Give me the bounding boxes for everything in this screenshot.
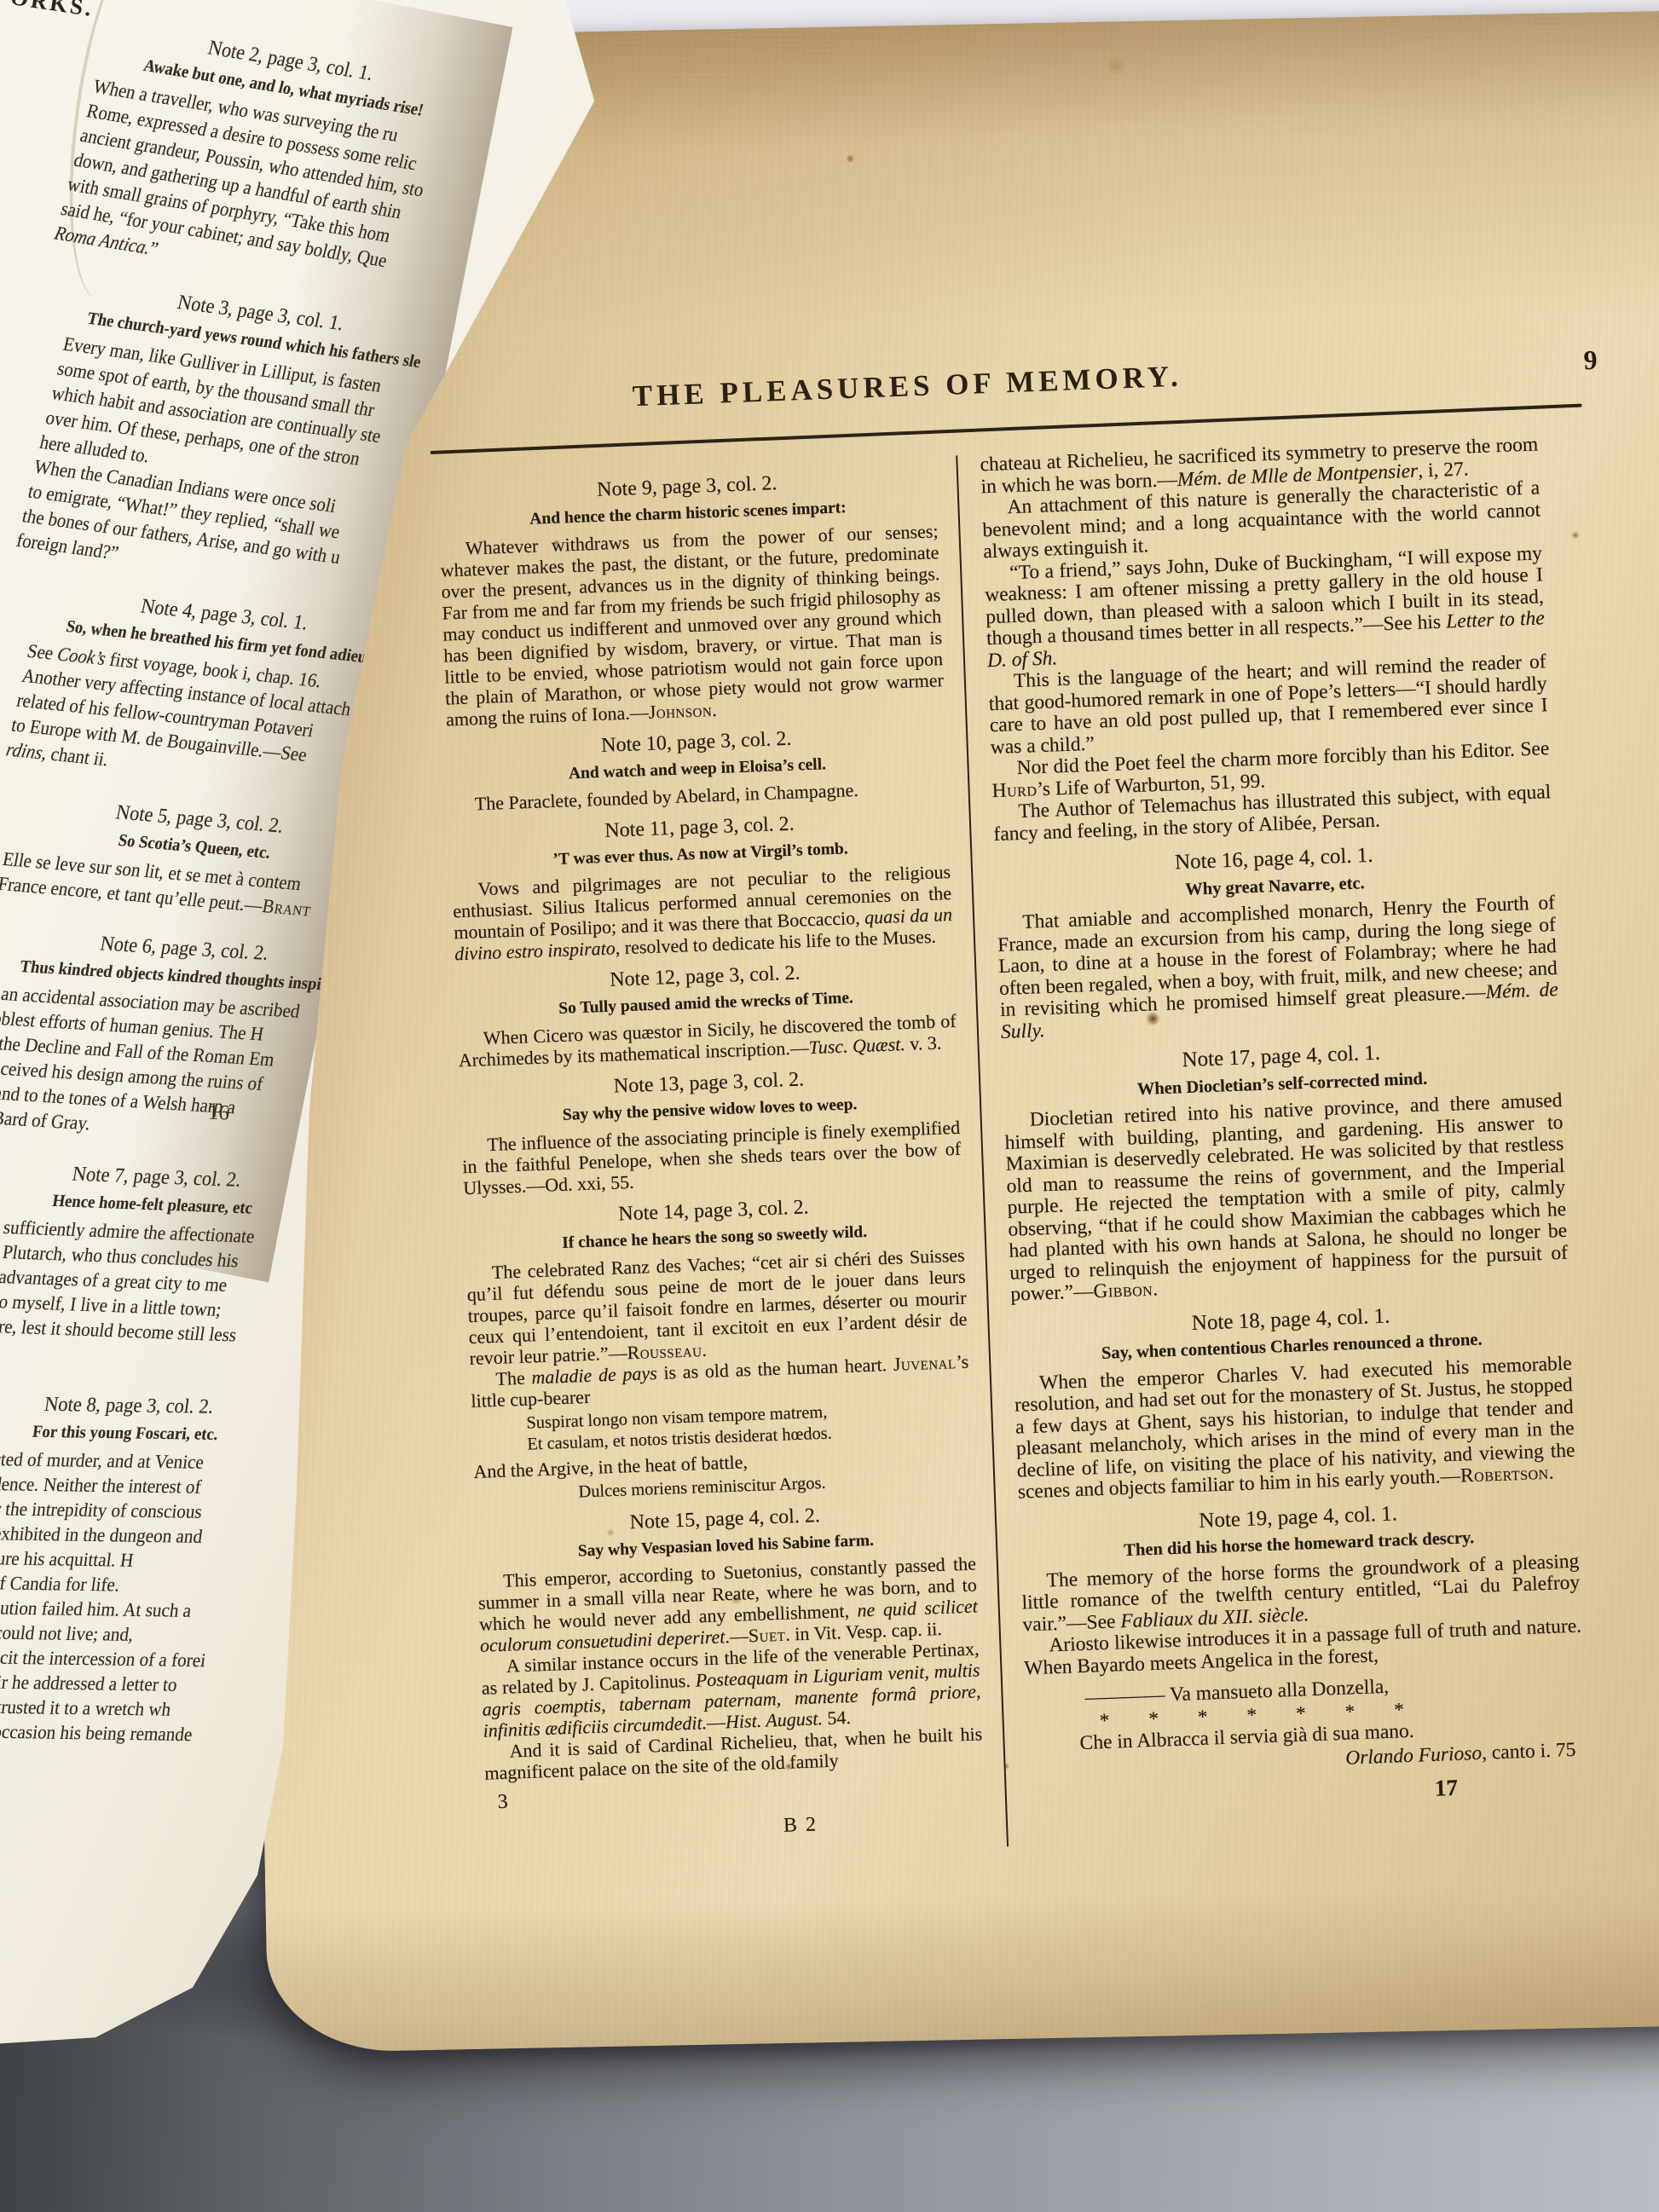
signature-mark: 3 bbox=[497, 1792, 508, 1813]
page-number: 9 bbox=[1529, 344, 1598, 378]
note-paragraph: “To a friend,” says John, Duke of Buckin… bbox=[984, 543, 1546, 672]
note-body: Whatever withdraws us from the power of … bbox=[439, 520, 945, 730]
note-body: When the emperor Charles V. had executed… bbox=[1014, 1353, 1576, 1504]
signature-mark: 16 bbox=[207, 1100, 229, 1125]
running-title-fragment: ORKS. bbox=[9, 0, 95, 22]
notes-column-right: chateau at Richelieu, he sacrificed its … bbox=[956, 434, 1588, 1846]
text-line: ffence to solicit the intercession of a … bbox=[0, 1643, 284, 1674]
text-line: Milan, and intrusted it to a wretch wh bbox=[0, 1693, 278, 1724]
note-body: The influence of the associating princip… bbox=[461, 1117, 962, 1198]
note-12: Note 12, page 3, col. 2. So Tully paused… bbox=[455, 957, 957, 1071]
note-17: Note 17, page 4, col. 1. When Diocletian… bbox=[1002, 1036, 1569, 1306]
note-paragraph: The celebrated Ranz des Vaches; “cet air… bbox=[466, 1245, 968, 1369]
signature-row: 3 B 2 bbox=[485, 1765, 986, 1865]
note-7: Note 7, page 3, col. 2. Hence home-felt … bbox=[0, 1159, 346, 1375]
note-body: This emperor, according to Suetonius, co… bbox=[477, 1552, 984, 1783]
note-heading: Note 8, page 3, col. 2. bbox=[0, 1392, 318, 1421]
note-paragraph: Vows and pilgrimages are not peculiar to… bbox=[452, 861, 953, 964]
note-16: Note 16, page 4, col. 1. Why great Navar… bbox=[995, 838, 1560, 1043]
note-epigraph: For this young Foscari, etc. bbox=[0, 1421, 315, 1447]
note-11: Note 11, page 3, col. 2. ’T was ever thu… bbox=[450, 808, 954, 964]
note-3: Note 3, page 3, col. 1. The church-yard … bbox=[14, 278, 447, 601]
text-line: m home he could not live; and, bbox=[0, 1619, 287, 1649]
note-body: The celebrated Ranz des Vaches; “cet air… bbox=[466, 1245, 970, 1412]
note-paragraph: That amiable and accomplished monarch, H… bbox=[997, 892, 1559, 1043]
note-paragraph: Diocletian retired into his native provi… bbox=[1003, 1090, 1569, 1306]
two-column-text: Note 9, page 3, col. 2. And hence the ch… bbox=[437, 432, 1639, 1865]
note-14: Note 14, page 3, col. 2. If chance he he… bbox=[464, 1192, 973, 1507]
note-body: Vows and pilgrimages are not peculiar to… bbox=[452, 861, 953, 964]
book-photo-scene: THE PLEASURES OF MEMORY. 9 Note 9, page … bbox=[0, 0, 1659, 2212]
text-line: to Venice. bbox=[0, 1742, 271, 1773]
note-body: o can sufficiently admire the affectiona… bbox=[0, 1213, 338, 1375]
note-10: Note 10, page 3, col. 2. And watch and w… bbox=[447, 723, 948, 815]
signature-mark: B 2 bbox=[783, 1814, 818, 1836]
note-13: Note 13, page 3, col. 2. Say why the pen… bbox=[460, 1064, 962, 1198]
continuation-text: chateau at Richelieu, he sacrificed its … bbox=[980, 434, 1552, 846]
text-line: the island of Candia for life. bbox=[0, 1569, 294, 1600]
note-18: Note 18, page 4, col. 1. Say, when conte… bbox=[1011, 1298, 1576, 1504]
note-paragraph: The influence of the associating princip… bbox=[461, 1117, 962, 1198]
note-body: The memory of the horse forms the ground… bbox=[1020, 1551, 1582, 1679]
note-body: Every man, like Gulliver in Lilliput, is… bbox=[14, 332, 434, 601]
note-body: Diocletian retired into his native provi… bbox=[1003, 1090, 1569, 1306]
note-15: Note 15, page 4, col. 2. Say why Vespasi… bbox=[476, 1500, 984, 1784]
note-19: Note 19, page 4, col. 1. Then did his ho… bbox=[1019, 1496, 1587, 1781]
note-8: Note 8, page 3, col. 2. For this young F… bbox=[0, 1392, 318, 1773]
note-9: Note 9, page 3, col. 2. And hence the ch… bbox=[437, 467, 945, 730]
running-title: THE PLEASURES OF MEMORY. bbox=[438, 352, 1377, 420]
note-body: as suspected of murder, and at Venicegoo… bbox=[0, 1446, 311, 1773]
note-paragraph: When the emperor Charles V. had executed… bbox=[1014, 1353, 1576, 1504]
text-line: a fit of despair he addressed a letter t… bbox=[0, 1668, 280, 1699]
text-line: ere his resolution failed him. At such a bbox=[0, 1594, 291, 1625]
page-number-bottom: 17 bbox=[1029, 1772, 1587, 1814]
note-body: That amiable and accomplished monarch, H… bbox=[997, 892, 1559, 1043]
notes-column-left: Note 9, page 3, col. 2. And hence the ch… bbox=[437, 456, 986, 1865]
note-2: Note 2, page 3, col. 1. Awake but one, a… bbox=[52, 20, 477, 304]
note-paragraph: Whatever withdraws us from the power of … bbox=[439, 520, 945, 730]
text-line: knew, would occasion his being remande bbox=[0, 1718, 275, 1748]
